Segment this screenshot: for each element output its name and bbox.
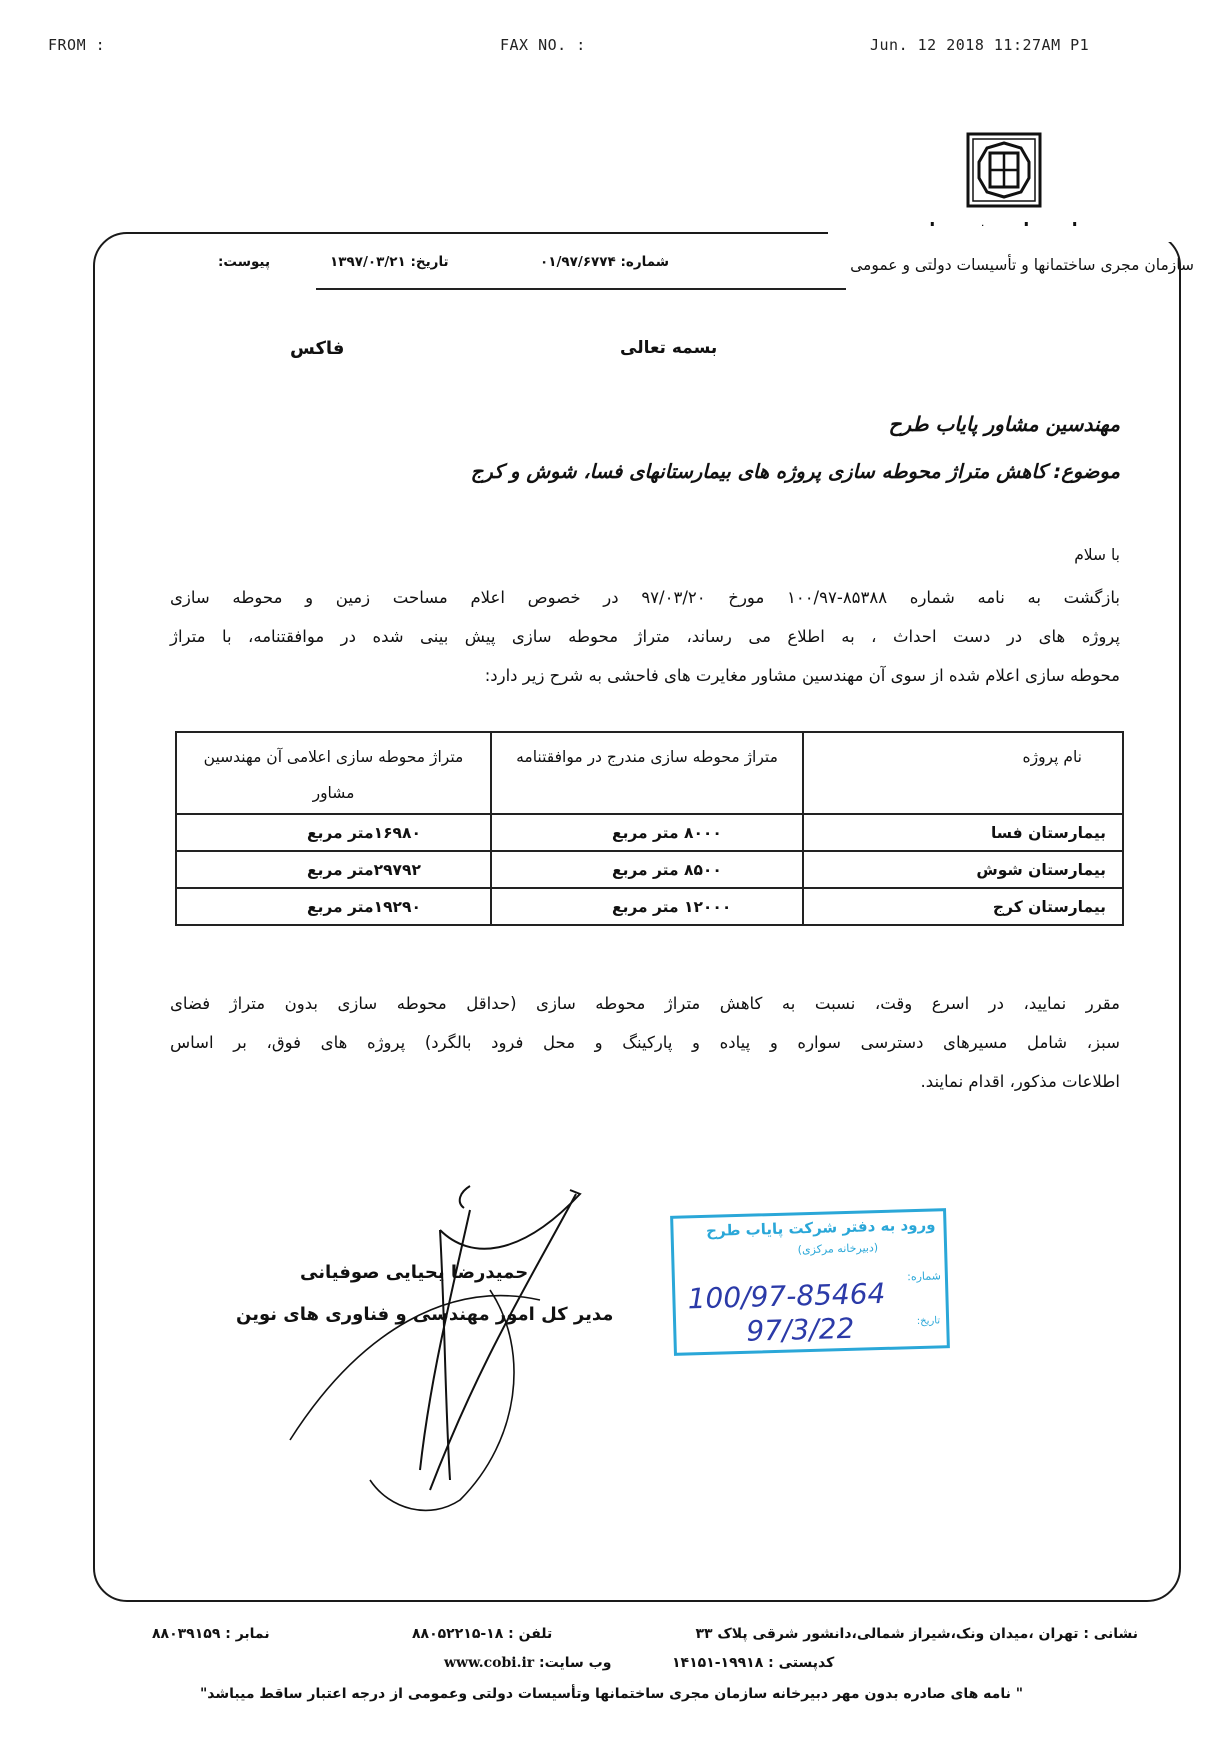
table-row: بیمارستان کرج ۱۲۰۰۰ متر مربع ۱۹۲۹۰متر مر… <box>176 888 1123 925</box>
website-label: وب سایت: <box>539 1655 611 1671</box>
paragraph-line: سبز، شامل مسیرهای دسترسی سواره و پیاده و… <box>170 1023 1120 1062</box>
basmala-heading: بسمه تعالی <box>620 338 717 358</box>
received-stamp: ورود به دفتر شرکت پایاب طرح (دبیرخانه مر… <box>670 1208 950 1356</box>
footer-postal-code: کدپستی : ۱۹۹۱۸-۱۴۱۵۱ <box>672 1655 834 1671</box>
project-name: بیمارستان شوش <box>803 851 1123 888</box>
paragraph-line: پروژه های در دست احداث ، به اطلاع می رسا… <box>170 617 1120 656</box>
recipient: مهندسین مشاور پایاب طرح <box>889 412 1120 436</box>
fax-from: FROM : <box>48 36 105 54</box>
footer-validity-note: " نامه های صادره بدون مهر دبیرخانه سازما… <box>200 1686 1023 1702</box>
fax-timestamp: Jun. 12 2018 11:27AM P1 <box>870 36 1089 54</box>
footer-fax: نمابر : ۸۸۰۳۹۱۵۹ <box>152 1626 270 1642</box>
project-name: بیمارستان کرج <box>803 888 1123 925</box>
agreement-area: ۸۰۰۰ متر مربع <box>491 814 803 851</box>
consultant-area: ۱۶۹۸۰متر مربع <box>176 814 491 851</box>
paragraph-line: مقرر نمایید، در اسرع وقت، نسبت به کاهش م… <box>170 984 1120 1023</box>
consultant-area: ۱۹۲۹۰متر مربع <box>176 888 491 925</box>
meta-divider <box>316 288 846 290</box>
stamp-number: 100/97-85464 <box>687 1277 886 1316</box>
body-paragraph-1: بازگشت به نامه شماره ۸۵۳۸۸-۱۰۰/۹۷ مورخ ۹… <box>170 578 1120 695</box>
stamp-subheading: (دبیرخانه مرکزی) <box>797 1241 878 1256</box>
project-name: بیمارستان فسا <box>803 814 1123 851</box>
subject-line: موضوع: کاهش متراژ محوطه سازی پروژه های ب… <box>471 460 1120 483</box>
ministry-emblem-icon <box>966 132 1042 208</box>
letter-number: شماره: ۰۱/۹۷/۶۷۷۴ <box>540 254 669 276</box>
header-agreement-area: متراژ محوطه سازی مندرج در موافقتنامه <box>491 732 803 814</box>
header-consultant-area: متراژ محوطه سازی اعلامی آن مهندسین مشاور <box>176 732 491 814</box>
stamp-heading: ورود به دفتر شرکت پایاب طرح <box>706 1215 936 1239</box>
stamp-number-label: شماره: <box>907 1269 941 1283</box>
signer-name: حمیدرضا یحیایی صوفیانی <box>300 1262 528 1283</box>
agreement-area: ۸۵۰۰ متر مربع <box>491 851 803 888</box>
handwritten-signature-icon <box>280 1180 600 1520</box>
footer-website: وب سایت: www.cobi.ir <box>444 1655 611 1671</box>
area-comparison-table: نام پروژه متراژ محوطه سازی مندرج در مواف… <box>175 731 1124 926</box>
fax-transmission-header: FROM : FAX NO. : Jun. 12 2018 11:27AM P1 <box>0 36 1228 60</box>
fax-number: FAX NO. : <box>500 36 586 54</box>
footer-phone: تلفن : ۱۸-۸۸۰۵۲۲۱۵ <box>412 1626 552 1642</box>
fax-label: فاکس <box>290 338 344 359</box>
paragraph-line: اطلاعات مذکور، اقدام نمایند. <box>170 1062 1120 1101</box>
footer-address: نشانی : تهران ،میدان ونک،شیراز شمالی،دان… <box>695 1626 1138 1642</box>
consultant-area: ۲۹۷۹۲متر مربع <box>176 851 491 888</box>
letter-date: تاریخ: ۱۳۹۷/۰۳/۲۱ <box>330 254 449 276</box>
paragraph-line: محوطه سازی اعلام شده از سوی آن مهندسین م… <box>170 656 1120 695</box>
website-link[interactable]: www.cobi.ir <box>444 1655 534 1671</box>
stamp-date-label: تاریخ: <box>917 1315 941 1327</box>
greeting: با سلام <box>1074 546 1120 564</box>
agreement-area: ۱۲۰۰۰ متر مربع <box>491 888 803 925</box>
paragraph-line: بازگشت به نامه شماره ۸۵۳۸۸-۱۰۰/۹۷ مورخ ۹… <box>170 578 1120 617</box>
stamp-date: 97/3/22 <box>746 1312 855 1348</box>
letter-attachment: پیوست: <box>218 254 270 276</box>
table-header-row: نام پروژه متراژ محوطه سازی مندرج در مواف… <box>176 732 1123 814</box>
frame-gap <box>828 226 1178 242</box>
signer-title: مدیر کل امور مهندسی و فناوری های نوین <box>236 1304 613 1325</box>
table-row: بیمارستان شوش ۸۵۰۰ متر مربع ۲۹۷۹۲متر مرب… <box>176 851 1123 888</box>
header-project-name: نام پروژه <box>803 732 1123 814</box>
table-row: بیمارستان فسا ۸۰۰۰ متر مربع ۱۶۹۸۰متر مرب… <box>176 814 1123 851</box>
body-paragraph-2: مقرر نمایید، در اسرع وقت، نسبت به کاهش م… <box>170 984 1120 1101</box>
